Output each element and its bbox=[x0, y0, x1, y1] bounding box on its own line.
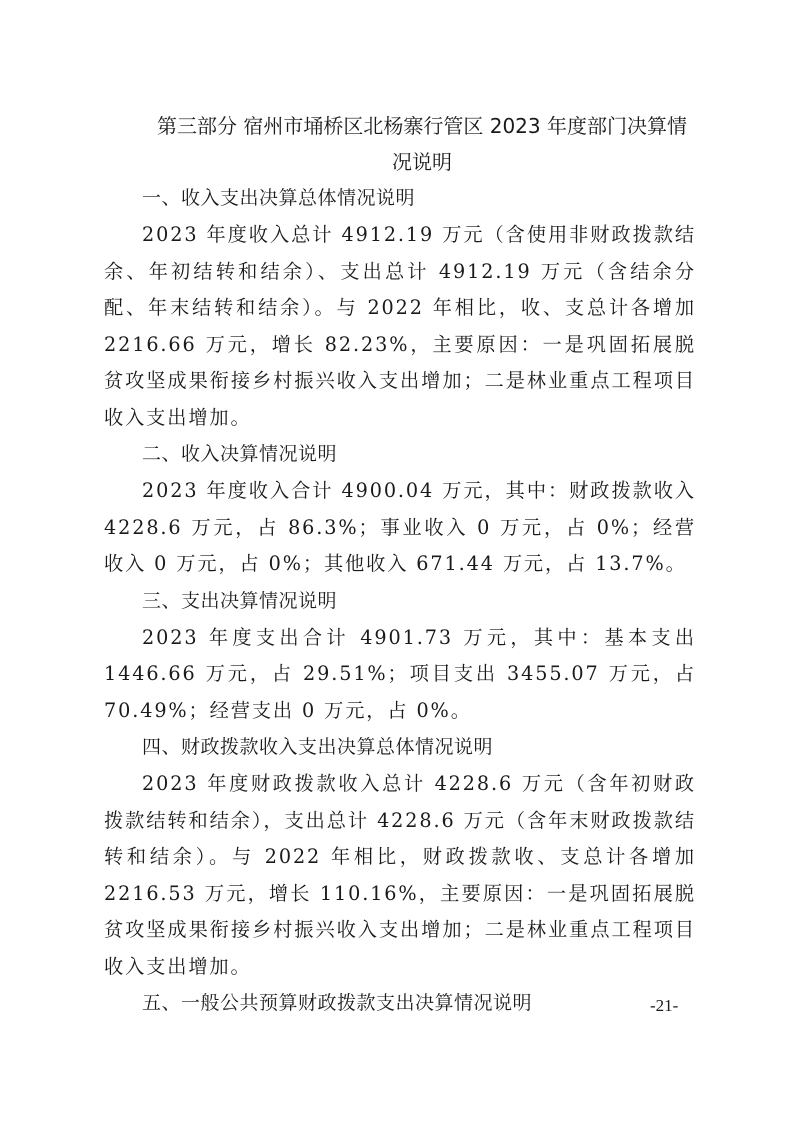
document-title-line2: 况说明 bbox=[148, 144, 696, 180]
section-body-income-expenditure-overview: 2023 年度收入总计 4912.19 万元（含使用非财政拨款结余、年初结转和结… bbox=[104, 217, 696, 436]
document-title: 第三部分 宿州市埇桥区北杨寨行管区 2023 年度部门决算情 况说明 bbox=[104, 108, 696, 180]
page-number: -21- bbox=[650, 996, 678, 1016]
section-body-fiscal-appropriation-overview: 2023 年度财政拨款收入总计 4228.6 万元（含年初财政拨款结转和结余），… bbox=[104, 766, 696, 985]
section-heading-income-expenditure-overview: 一、收入支出决算总体情况说明 bbox=[104, 180, 696, 217]
document-page: 第三部分 宿州市埇桥区北杨寨行管区 2023 年度部门决算情 况说明 一、收入支… bbox=[104, 108, 696, 1022]
section-heading-income: 二、收入决算情况说明 bbox=[104, 436, 696, 473]
section-heading-fiscal-appropriation-overview: 四、财政拨款收入支出决算总体情况说明 bbox=[104, 729, 696, 766]
section-body-expenditure: 2023 年度支出合计 4901.73 万元，其中：基本支出 1446.66 万… bbox=[104, 620, 696, 730]
document-title-line1: 第三部分 宿州市埇桥区北杨寨行管区 2023 年度部门决算情 bbox=[157, 114, 687, 138]
section-heading-general-public-budget: 五、一般公共预算财政拨款支出决算情况说明 bbox=[104, 985, 696, 1022]
section-heading-expenditure: 三、支出决算情况说明 bbox=[104, 583, 696, 620]
section-body-income: 2023 年度收入合计 4900.04 万元，其中：财政拨款收入 4228.6 … bbox=[104, 473, 696, 583]
